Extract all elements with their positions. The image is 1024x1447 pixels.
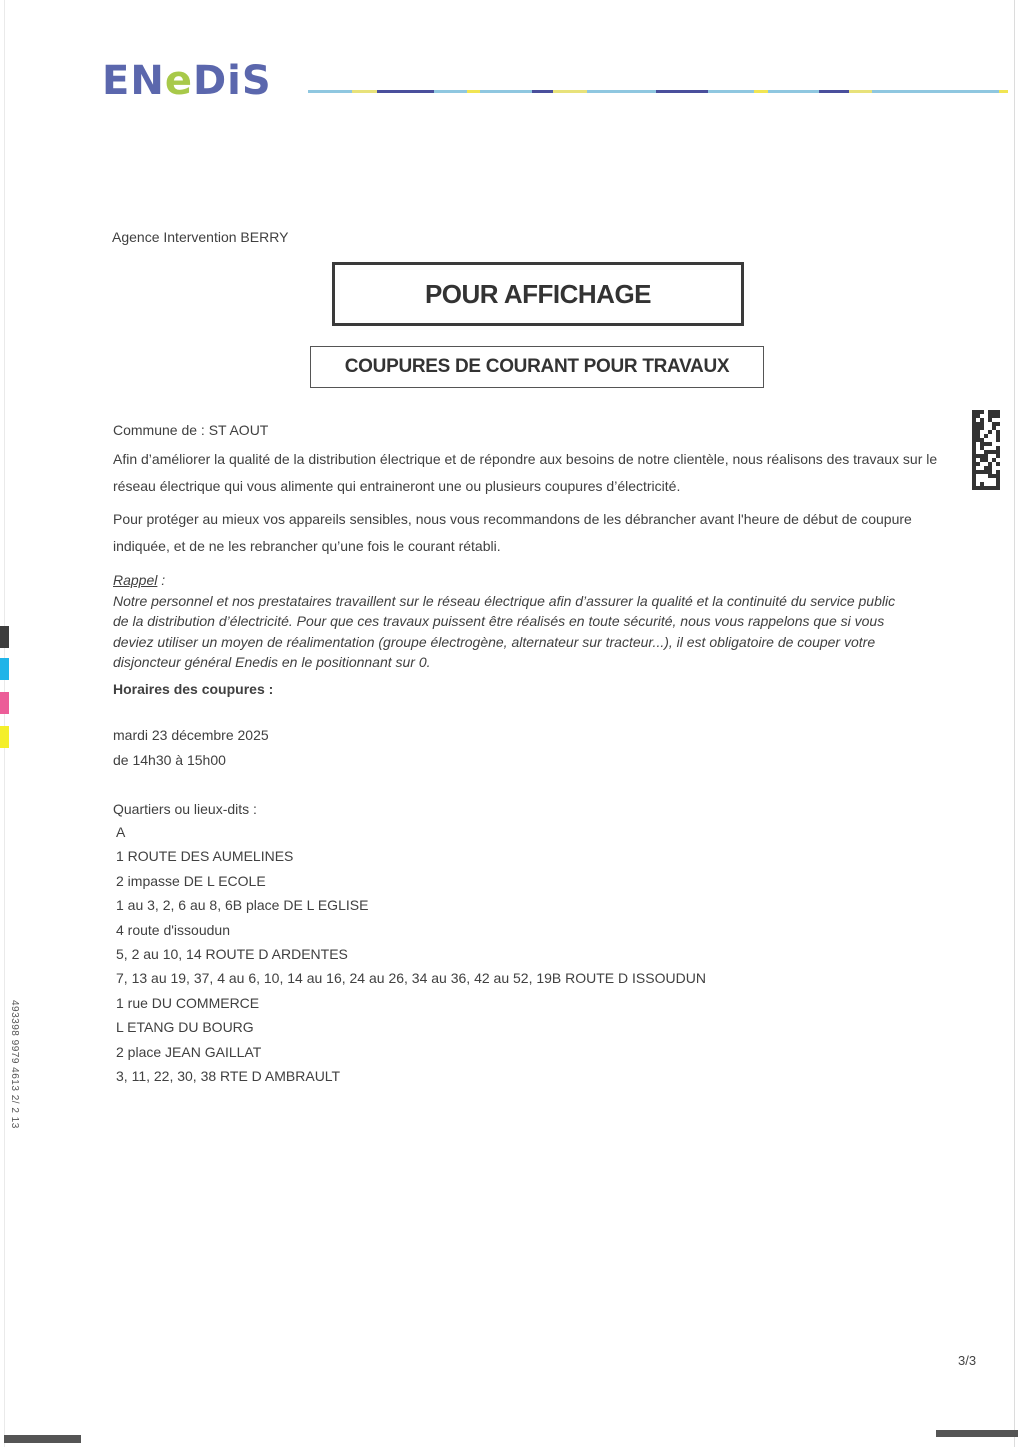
page-number: 3/3	[958, 1353, 976, 1368]
logo-part-1: EN	[102, 58, 165, 104]
calibration-mark-magenta	[0, 692, 9, 714]
scan-mark-bottom-right	[936, 1430, 1018, 1437]
subtitle-box: COUPURES DE COURANT POUR TRAVAUX	[310, 346, 764, 388]
schedule-heading: Horaires des coupures :	[113, 676, 273, 703]
scan-right-edge	[1014, 0, 1015, 1447]
outage-time: de 14h30 à 15h00	[113, 747, 226, 774]
commune-line: Commune de : ST AOUT	[113, 417, 268, 444]
side-reference-code: 493398 9979 4613 2/ 2 13	[4, 1000, 20, 1175]
page-title: POUR AFFICHAGE	[425, 279, 651, 310]
place-item: 7, 13 au 19, 37, 4 au 6, 10, 14 au 16, 2…	[116, 966, 706, 990]
advice-paragraph: Pour protéger au mieux vos appareils sen…	[113, 506, 943, 560]
rappel-block: Rappel : Notre personnel et nos prestata…	[113, 570, 913, 673]
place-item: 3, 11, 22, 30, 38 RTE D AMBRAULT	[116, 1064, 706, 1088]
calibration-mark-cyan	[0, 658, 9, 680]
places-list: A1 ROUTE DES AUMELINES2 impasse DE L ECO…	[116, 820, 706, 1088]
place-item: 1 au 3, 2, 6 au 8, 6B place DE L EGLISE	[116, 893, 706, 917]
place-item: 1 rue DU COMMERCE	[116, 991, 706, 1015]
scan-left-edge	[4, 0, 5, 1447]
outage-date: mardi 23 décembre 2025	[113, 722, 269, 749]
places-heading: Quartiers ou lieux-dits :	[113, 796, 257, 823]
place-item: L ETANG DU BOURG	[116, 1015, 706, 1039]
logo-part-2: e	[165, 58, 193, 104]
scan-mark-bottom-left	[4, 1435, 81, 1443]
datamatrix-code	[972, 410, 1000, 490]
rappel-label-suffix: :	[157, 572, 165, 588]
header-colored-rule	[308, 90, 1008, 93]
place-item: 5, 2 au 10, 14 ROUTE D ARDENTES	[116, 942, 706, 966]
place-item: 2 impasse DE L ECOLE	[116, 869, 706, 893]
place-item: 1 ROUTE DES AUMELINES	[116, 844, 706, 868]
rappel-label: Rappel	[113, 572, 157, 588]
place-item: A	[116, 820, 706, 844]
place-item: 4 route d'issoudun	[116, 918, 706, 942]
calibration-mark-yellow	[0, 726, 9, 748]
logo-part-3: DiS	[193, 58, 272, 104]
intro-paragraph: Afin d’améliorer la qualité de la distri…	[113, 446, 943, 500]
page-subtitle: COUPURES DE COURANT POUR TRAVAUX	[345, 356, 730, 378]
place-item: 2 place JEAN GAILLAT	[116, 1040, 706, 1064]
agency-name: Agence Intervention BERRY	[112, 229, 288, 245]
rappel-text: Notre personnel et nos prestataires trav…	[113, 591, 913, 673]
title-box: POUR AFFICHAGE	[332, 262, 744, 326]
enedis-logo: ENeDiS	[102, 58, 302, 104]
calibration-mark-black	[0, 626, 9, 648]
